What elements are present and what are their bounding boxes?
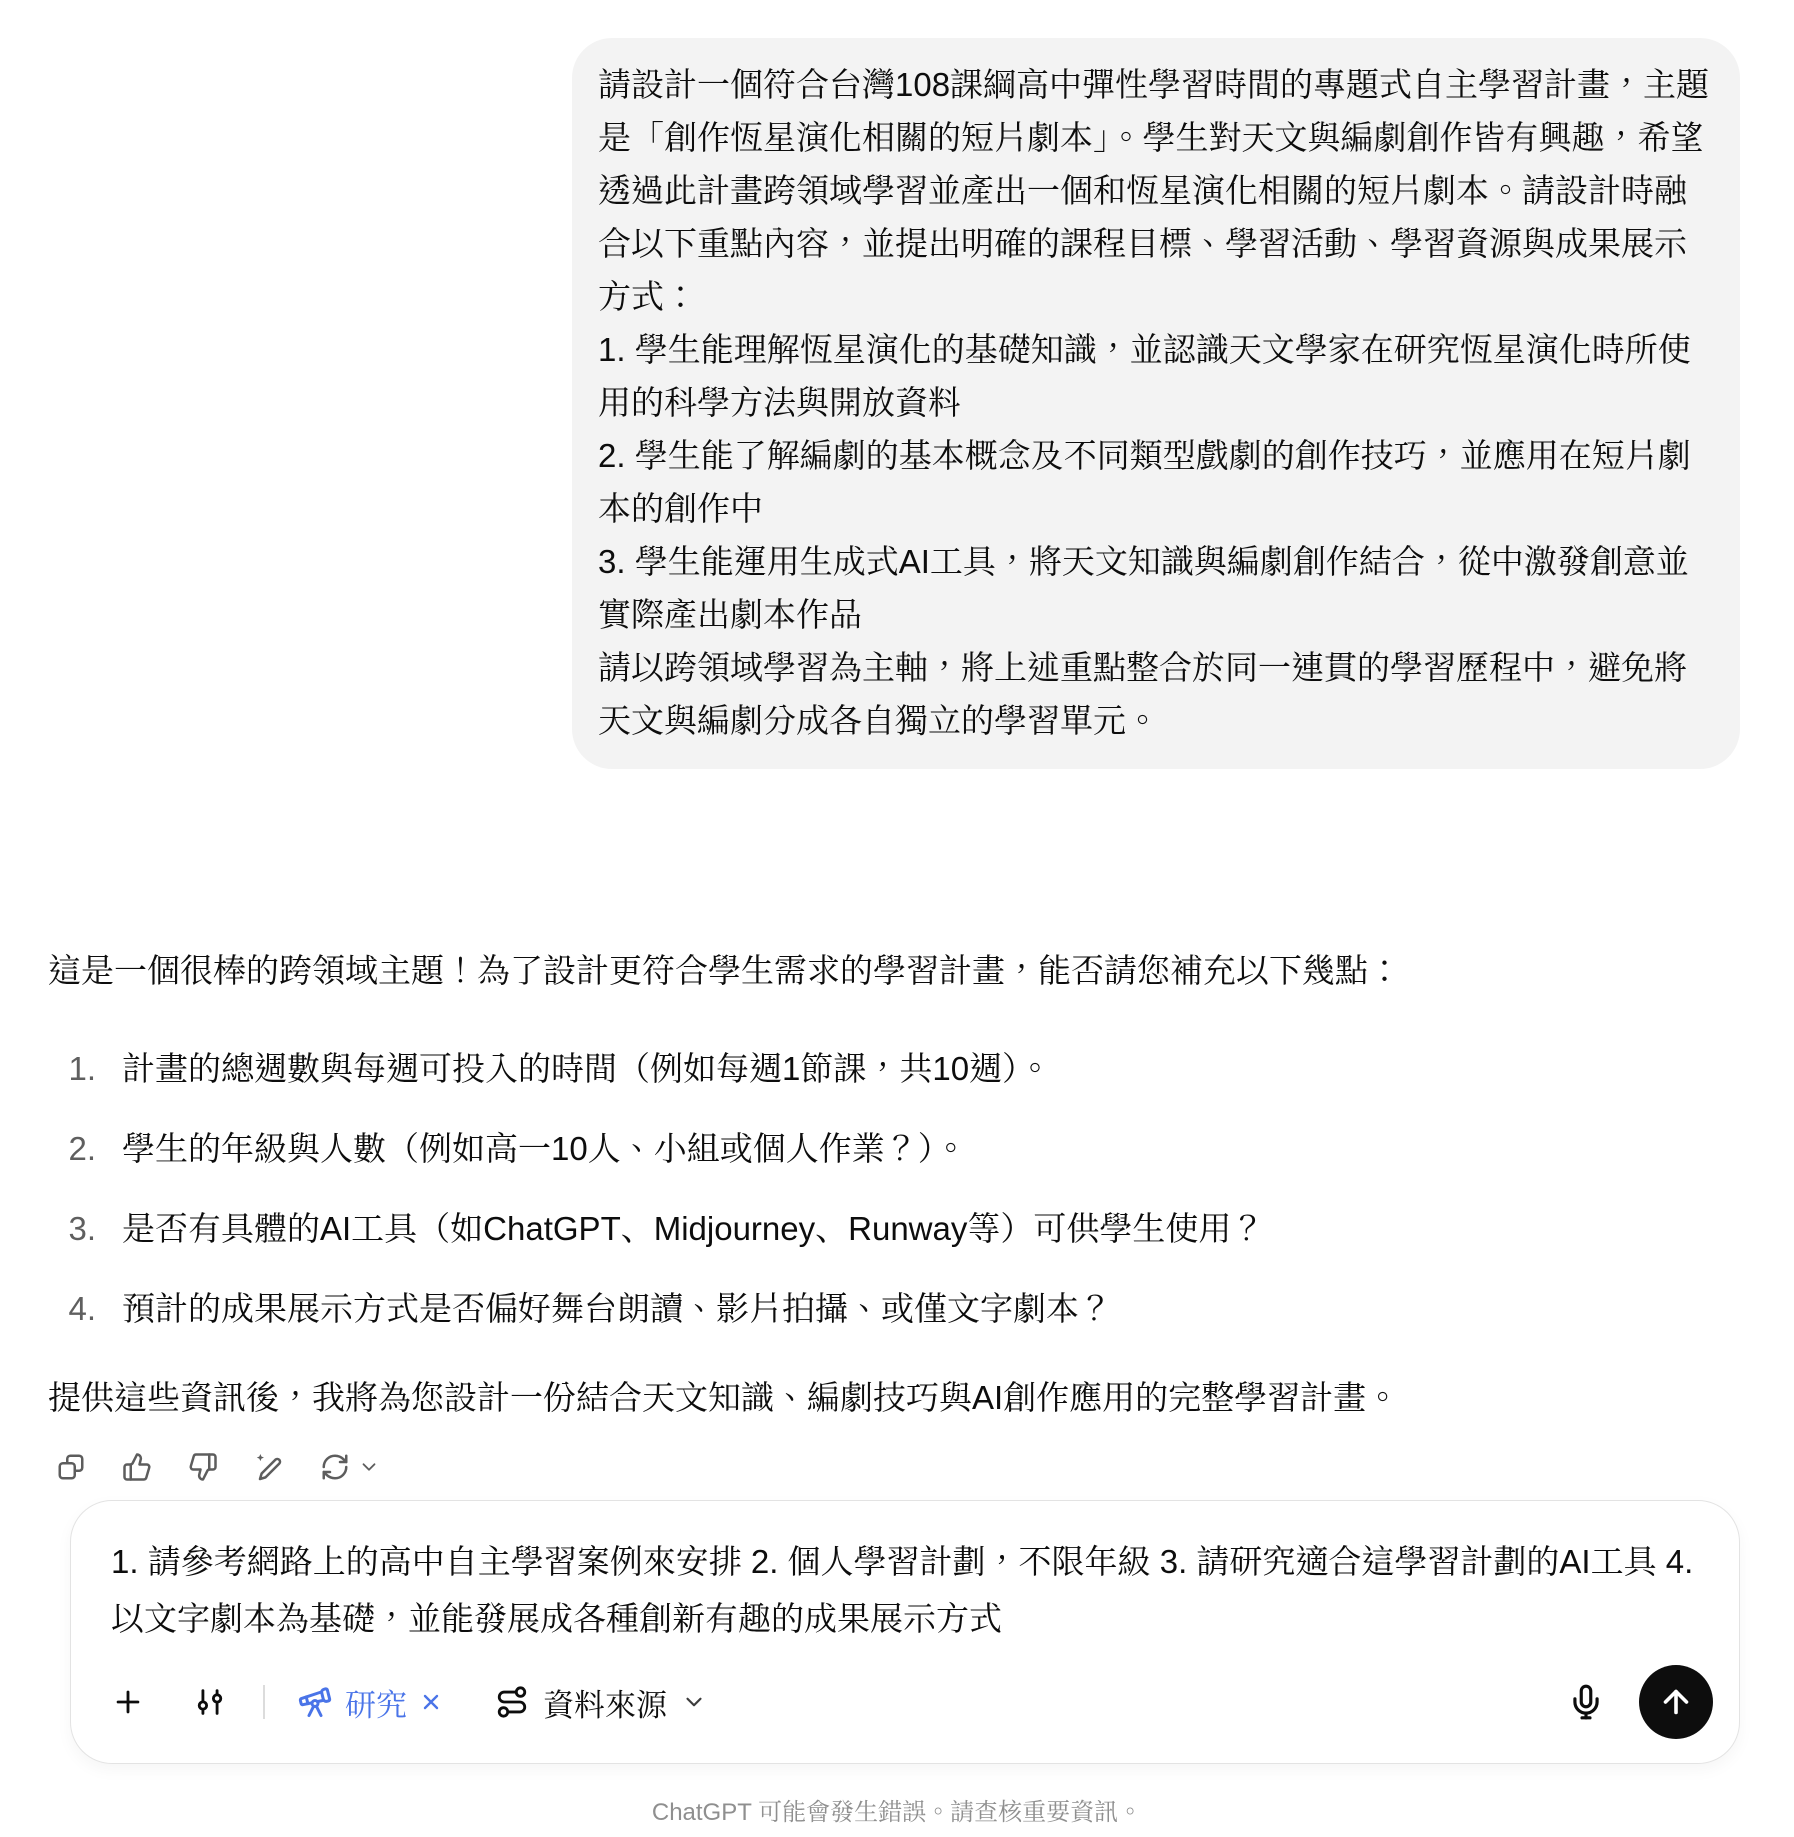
- sliders-icon: [193, 1685, 227, 1719]
- list-item-text: 計畫的總週數與每週可投入的時間（例如每週1節課，共10週）。: [122, 1042, 1740, 1095]
- thumbs-down-button[interactable]: [188, 1452, 218, 1482]
- send-button[interactable]: [1639, 1665, 1713, 1739]
- chevron-down-icon: [681, 1689, 707, 1715]
- tools-button[interactable]: [193, 1685, 227, 1719]
- list-item-text: 是否有具體的AI工具（如ChatGPT、Midjourney、Runway等）可…: [122, 1202, 1740, 1255]
- message-action-bar: [56, 1452, 1740, 1482]
- arrow-up-icon: [1658, 1684, 1694, 1720]
- list-item: 4. 預計的成果展示方式是否偏好舞台朗讀、影片拍攝、或僅文字劇本？: [48, 1282, 1740, 1335]
- research-tool-chip[interactable]: 研究: [297, 1680, 443, 1725]
- user-message-bubble: 請設計一個符合台灣108課綱高中彈性學習時間的專題式自主學習計畫，主題是「創作恆…: [572, 38, 1740, 769]
- assistant-closing: 提供這些資訊後，我將為您設計一份結合天文知識、編劇技巧與AI創作應用的完整學習計…: [48, 1371, 1740, 1424]
- thumbs-up-button[interactable]: [122, 1452, 152, 1482]
- research-chip-close-button[interactable]: [419, 1690, 443, 1714]
- regenerate-button[interactable]: [320, 1452, 350, 1482]
- microphone-icon: [1567, 1683, 1605, 1721]
- thumbs-up-icon: [122, 1452, 152, 1482]
- research-chip-label: 研究: [345, 1680, 407, 1725]
- assistant-message: 這是一個很棒的跨領域主題！為了設計更符合學生需求的學習計畫，能否請您補充以下幾點…: [48, 944, 1740, 1482]
- attach-button[interactable]: [111, 1685, 145, 1719]
- copy-button[interactable]: [56, 1452, 86, 1482]
- list-item: 3. 是否有具體的AI工具（如ChatGPT、Midjourney、Runway…: [48, 1202, 1740, 1255]
- list-item: 1. 計畫的總週數與每週可投入的時間（例如每週1節課，共10週）。: [48, 1042, 1740, 1095]
- list-item-number: 4.: [48, 1282, 96, 1335]
- assistant-intro: 這是一個很棒的跨領域主題！為了設計更符合學生需求的學習計畫，能否請您補充以下幾點…: [48, 944, 1740, 997]
- telescope-icon: [297, 1684, 333, 1720]
- composer-input[interactable]: 1. 請參考網路上的高中自主學習案例來安排 2. 個人學習計劃，不限年級 3. …: [111, 1533, 1699, 1647]
- sources-route-icon: [495, 1685, 529, 1719]
- toolbar-divider: [263, 1685, 265, 1719]
- regenerate-group: [320, 1452, 380, 1482]
- copy-icon: [56, 1452, 86, 1482]
- regenerate-menu-button[interactable]: [358, 1456, 380, 1478]
- composer: 1. 請參考網路上的高中自主學習案例來安排 2. 個人學習計劃，不限年級 3. …: [70, 1500, 1740, 1764]
- assistant-question-list: 1. 計畫的總週數與每週可投入的時間（例如每週1節課，共10週）。 2. 學生的…: [48, 1042, 1740, 1335]
- list-item-number: 1.: [48, 1042, 96, 1095]
- sources-button-label: 資料來源: [543, 1680, 667, 1725]
- user-message-row: 請設計一個符合台灣108課綱高中彈性學習時間的專題式自主學習計畫，主題是「創作恆…: [0, 38, 1740, 769]
- sources-button[interactable]: 資料來源: [495, 1680, 707, 1725]
- disclaimer-text: ChatGPT 可能會發生錯誤。請查核重要資訊。: [0, 1792, 1794, 1827]
- close-icon: [419, 1690, 443, 1714]
- list-item-number: 3.: [48, 1202, 96, 1255]
- list-item-text: 預計的成果展示方式是否偏好舞台朗讀、影片拍攝、或僅文字劇本？: [122, 1282, 1740, 1335]
- chevron-down-icon: [358, 1456, 380, 1478]
- regenerate-icon: [320, 1452, 350, 1482]
- edit-in-canvas-button[interactable]: [254, 1452, 284, 1482]
- list-item: 2. 學生的年級與人數（例如高一10人、小組或個人作業？）。: [48, 1122, 1740, 1175]
- dictate-button[interactable]: [1567, 1683, 1605, 1721]
- plus-icon: [111, 1685, 145, 1719]
- edit-pen-sparkle-icon: [254, 1452, 284, 1482]
- thumbs-down-icon: [188, 1452, 218, 1482]
- composer-toolbar: 研究 資料來源: [101, 1665, 1713, 1739]
- chat-page: 請設計一個符合台灣108課綱高中彈性學習時間的專題式自主學習計畫，主題是「創作恆…: [0, 0, 1794, 1837]
- list-item-number: 2.: [48, 1122, 96, 1175]
- list-item-text: 學生的年級與人數（例如高一10人、小組或個人作業？）。: [122, 1122, 1740, 1175]
